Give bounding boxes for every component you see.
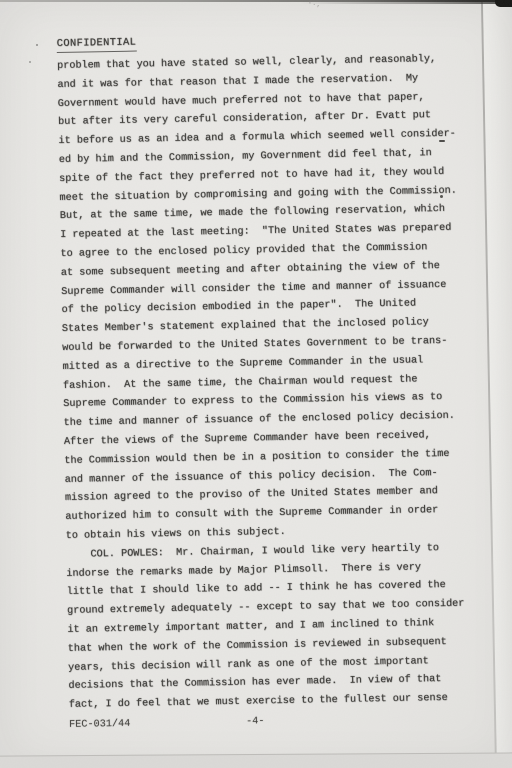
scanned-document-page: CONFIDENTIAL problem that you have state… — [0, 0, 512, 768]
tilted-scan-layer: CONFIDENTIAL problem that you have state… — [0, 0, 512, 768]
ink-speck — [36, 44, 38, 46]
corner-scan-mark — [495, 0, 512, 7]
scan-top-edge-shadow — [300, 2, 512, 4]
ink-speck — [439, 140, 445, 142]
paper-crease-highlight — [482, 0, 512, 760]
ink-speck — [29, 61, 31, 63]
pencil-annotation-mark: '·, — [308, 0, 331, 10]
document-number: FEC-031/44 — [69, 718, 130, 733]
page-number: -4- — [246, 715, 265, 729]
page-footer: FEC-031/44 -4- — [69, 712, 469, 733]
ink-speck — [440, 195, 443, 198]
scan-bottom-band — [0, 752, 512, 768]
document-body: problem that you have stated so well, cl… — [57, 51, 466, 716]
classification-banner: CONFIDENTIAL — [57, 37, 137, 53]
